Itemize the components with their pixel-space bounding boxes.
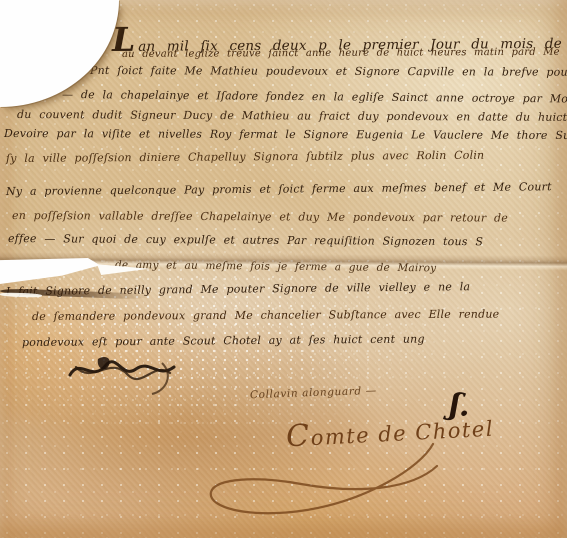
manuscript-line: de ſemandere pondevoux grand Me chanceli…	[32, 308, 499, 323]
manuscript-line: en poſſeſsion vallable dreſſee Chapelain…	[12, 209, 508, 225]
ink-scribble	[62, 345, 207, 397]
manuscript-line: au devant leglize treuve ſainct anne heu…	[122, 46, 567, 60]
manuscript-line: Pnt ſoict faite Me Mathieu poudevoux et …	[90, 64, 567, 79]
manuscript-line: Devoire par la viſite et nivelles Roy fe…	[4, 127, 567, 142]
manuscript-scan: Lan mil ſix cens deux p le premier Jour …	[0, 0, 567, 538]
signature-flourish	[195, 438, 450, 538]
